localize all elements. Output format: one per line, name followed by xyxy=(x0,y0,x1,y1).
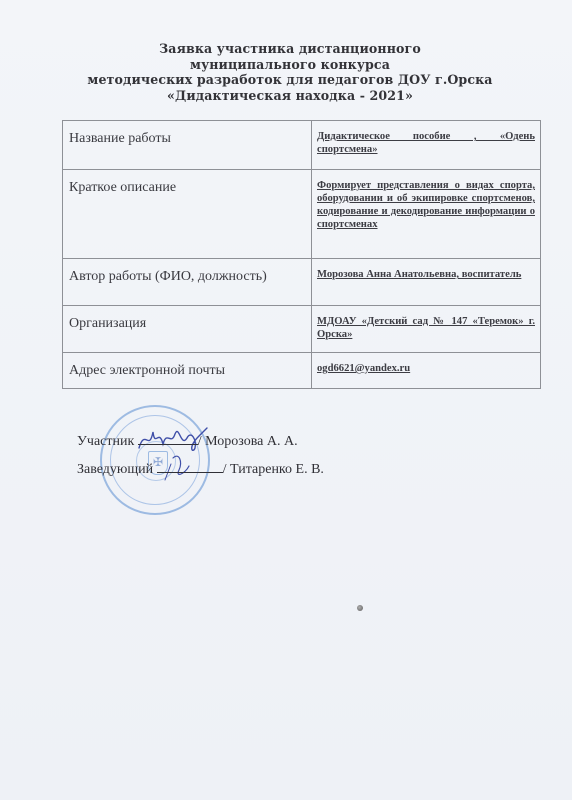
table-row-author: Автор работы (ФИО, должность) Морозова А… xyxy=(63,259,541,306)
row-value: Формирует представления о видах спорта, … xyxy=(312,170,541,259)
row-value: МДОАУ «Детский сад № 147 «Теремок» г. Ор… xyxy=(312,306,541,353)
title-line-1: Заявка участника дистанционного xyxy=(60,41,520,57)
head-label: Заведующий xyxy=(77,462,153,477)
application-table: Название работы Дидактическое пособие ‚ … xyxy=(62,120,541,389)
row-value: ogd6621@yandex.ru xyxy=(312,353,541,389)
participant-name: / Морозова А. А. xyxy=(198,434,298,449)
document-page: Заявка участника дистанционного муниципа… xyxy=(0,0,572,800)
row-value: Морозова Анна Анатольевна, воспитатель xyxy=(312,259,541,306)
table-row-description: Краткое описание Формирует представления… xyxy=(63,170,541,259)
signature-blank xyxy=(138,432,198,445)
title-line-2: муниципального конкурса xyxy=(60,57,520,73)
title-line-3: методических разработок для педагогов ДО… xyxy=(60,72,520,88)
head-name: / Титаренко Е. В. xyxy=(223,462,324,477)
row-label: Автор работы (ФИО, должность) xyxy=(63,259,312,306)
table-row-email: Адрес электронной почты ogd6621@yandex.r… xyxy=(63,353,541,389)
row-label: Краткое описание xyxy=(63,170,312,259)
row-label: Организация xyxy=(63,306,312,353)
row-value: Дидактическое пособие ‚ «Одень спортсмен… xyxy=(312,121,541,170)
participant-label: Участник xyxy=(77,434,134,449)
head-signature-line: Заведующий / Титаренко Е. В. xyxy=(77,460,324,478)
participant-signature-line: Участник / Морозова А. А. xyxy=(77,432,298,450)
title-line-4: «Дидактическая находка - 2021» xyxy=(60,88,520,104)
row-label: Адрес электронной почты xyxy=(63,353,312,389)
signature-blank xyxy=(157,460,223,473)
table-row-work-title: Название работы Дидактическое пособие ‚ … xyxy=(63,121,541,170)
table-row-organization: Организация МДОАУ «Детский сад № 147 «Те… xyxy=(63,306,541,353)
scan-speck xyxy=(357,605,363,611)
row-label: Название работы xyxy=(63,121,312,170)
document-title: Заявка участника дистанционного муниципа… xyxy=(60,41,520,103)
